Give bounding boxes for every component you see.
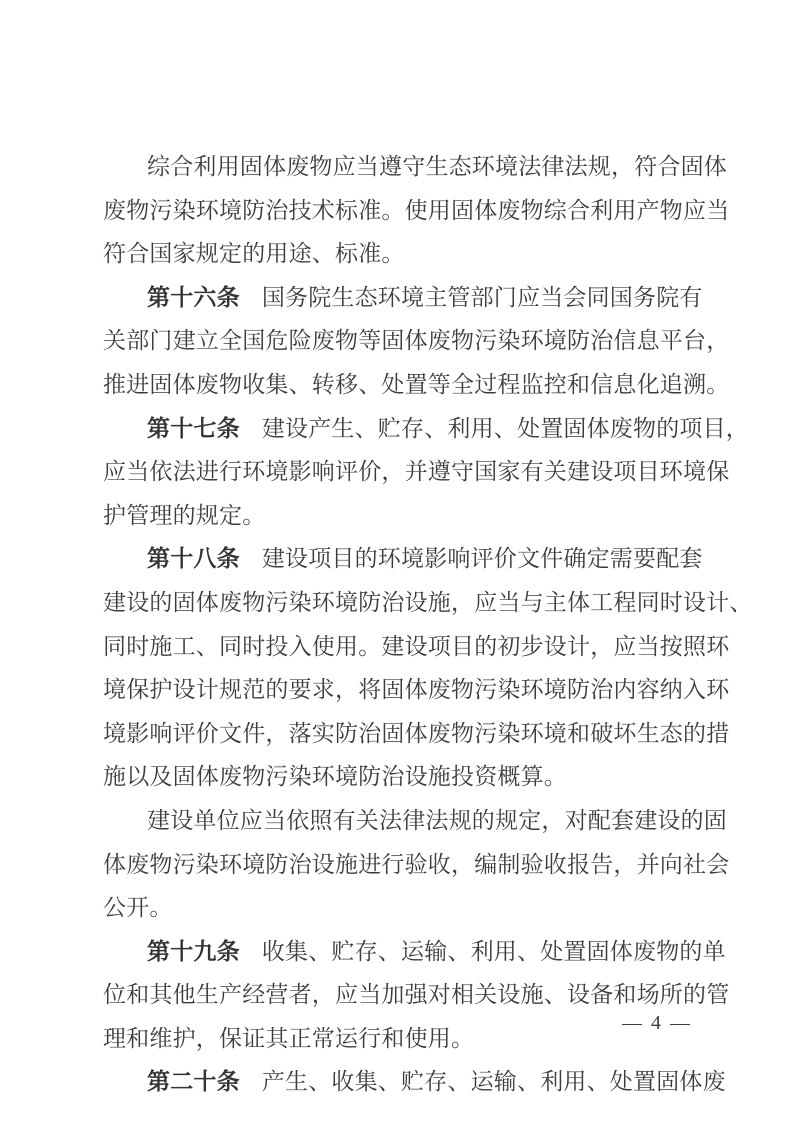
paragraph-line: 理和维护，保证其正常运行和使用。 xyxy=(103,1018,695,1062)
paragraph-line: 公开。 xyxy=(103,887,695,931)
document-page: 综合利用固体废物应当遵守生态环境法律法规，符合固体 废物污染环境防治技术标准。使… xyxy=(0,0,793,1122)
paragraph-line: 境影响评价文件，落实防治固体废物污染环境和破坏生态的措 xyxy=(103,713,695,757)
article-16-line: 第十六条国务院生态环境主管部门应当会同国务院有 xyxy=(103,277,695,321)
paragraph-line: 同时施工、同时投入使用。建设项目的初步设计，应当按照环 xyxy=(103,626,695,670)
paragraph-line: 护管理的规定。 xyxy=(103,495,695,539)
paragraph-line: 废物污染环境防治技术标准。使用固体废物综合利用产物应当 xyxy=(103,190,695,234)
article-20-line: 第二十条产生、收集、贮存、运输、利用、处置固体废 xyxy=(103,1061,695,1105)
paragraph-line: 施以及固体废物污染环境防治设施投资概算。 xyxy=(103,756,695,800)
paragraph-line: 关部门建立全国危险废物等固体废物污染环境防治信息平台， xyxy=(103,320,695,364)
paragraph-line: 体废物污染环境防治设施进行验收，编制验收报告，并向社会 xyxy=(103,844,695,888)
article-19-line: 第十九条收集、贮存、运输、利用、处置固体废物的单 xyxy=(103,931,695,975)
paragraph-line: 境保护设计规范的要求，将固体废物污染环境防治内容纳入环 xyxy=(103,669,695,713)
document-body: 综合利用固体废物应当遵守生态环境法律法规，符合固体 废物污染环境防治技术标准。使… xyxy=(103,146,695,1105)
paragraph-line: 应当依法进行环境影响评价，并遵守国家有关建设项目环境保 xyxy=(103,451,695,495)
article-title: 第二十条 xyxy=(147,1069,240,1095)
article-title: 第十六条 xyxy=(147,285,240,311)
article-title: 第十七条 xyxy=(147,416,240,442)
paragraph-line: 建设的固体废物污染环境防治设施，应当与主体工程同时设计、 xyxy=(103,582,695,626)
paragraph-line: 位和其他生产经营者，应当加强对相关设施、设备和场所的管 xyxy=(103,974,695,1018)
article-title: 第十九条 xyxy=(147,939,240,965)
article-18-line: 第十八条建设项目的环境影响评价文件确定需要配套 xyxy=(103,538,695,582)
article-17-line: 第十七条建设产生、贮存、利用、处置固体废物的项目， xyxy=(103,408,695,452)
article-title: 第十八条 xyxy=(147,546,240,572)
paragraph-line: 符合国家规定的用途、标准。 xyxy=(103,233,695,277)
paragraph-line: 综合利用固体废物应当遵守生态环境法律法规，符合固体 xyxy=(103,146,695,190)
paragraph-line: 推进固体废物收集、转移、处置等全过程监控和信息化追溯。 xyxy=(103,364,695,408)
paragraph-line: 建设单位应当依照有关法律法规的规定，对配套建设的固 xyxy=(103,800,695,844)
page-number: — 4 — xyxy=(622,1012,692,1035)
